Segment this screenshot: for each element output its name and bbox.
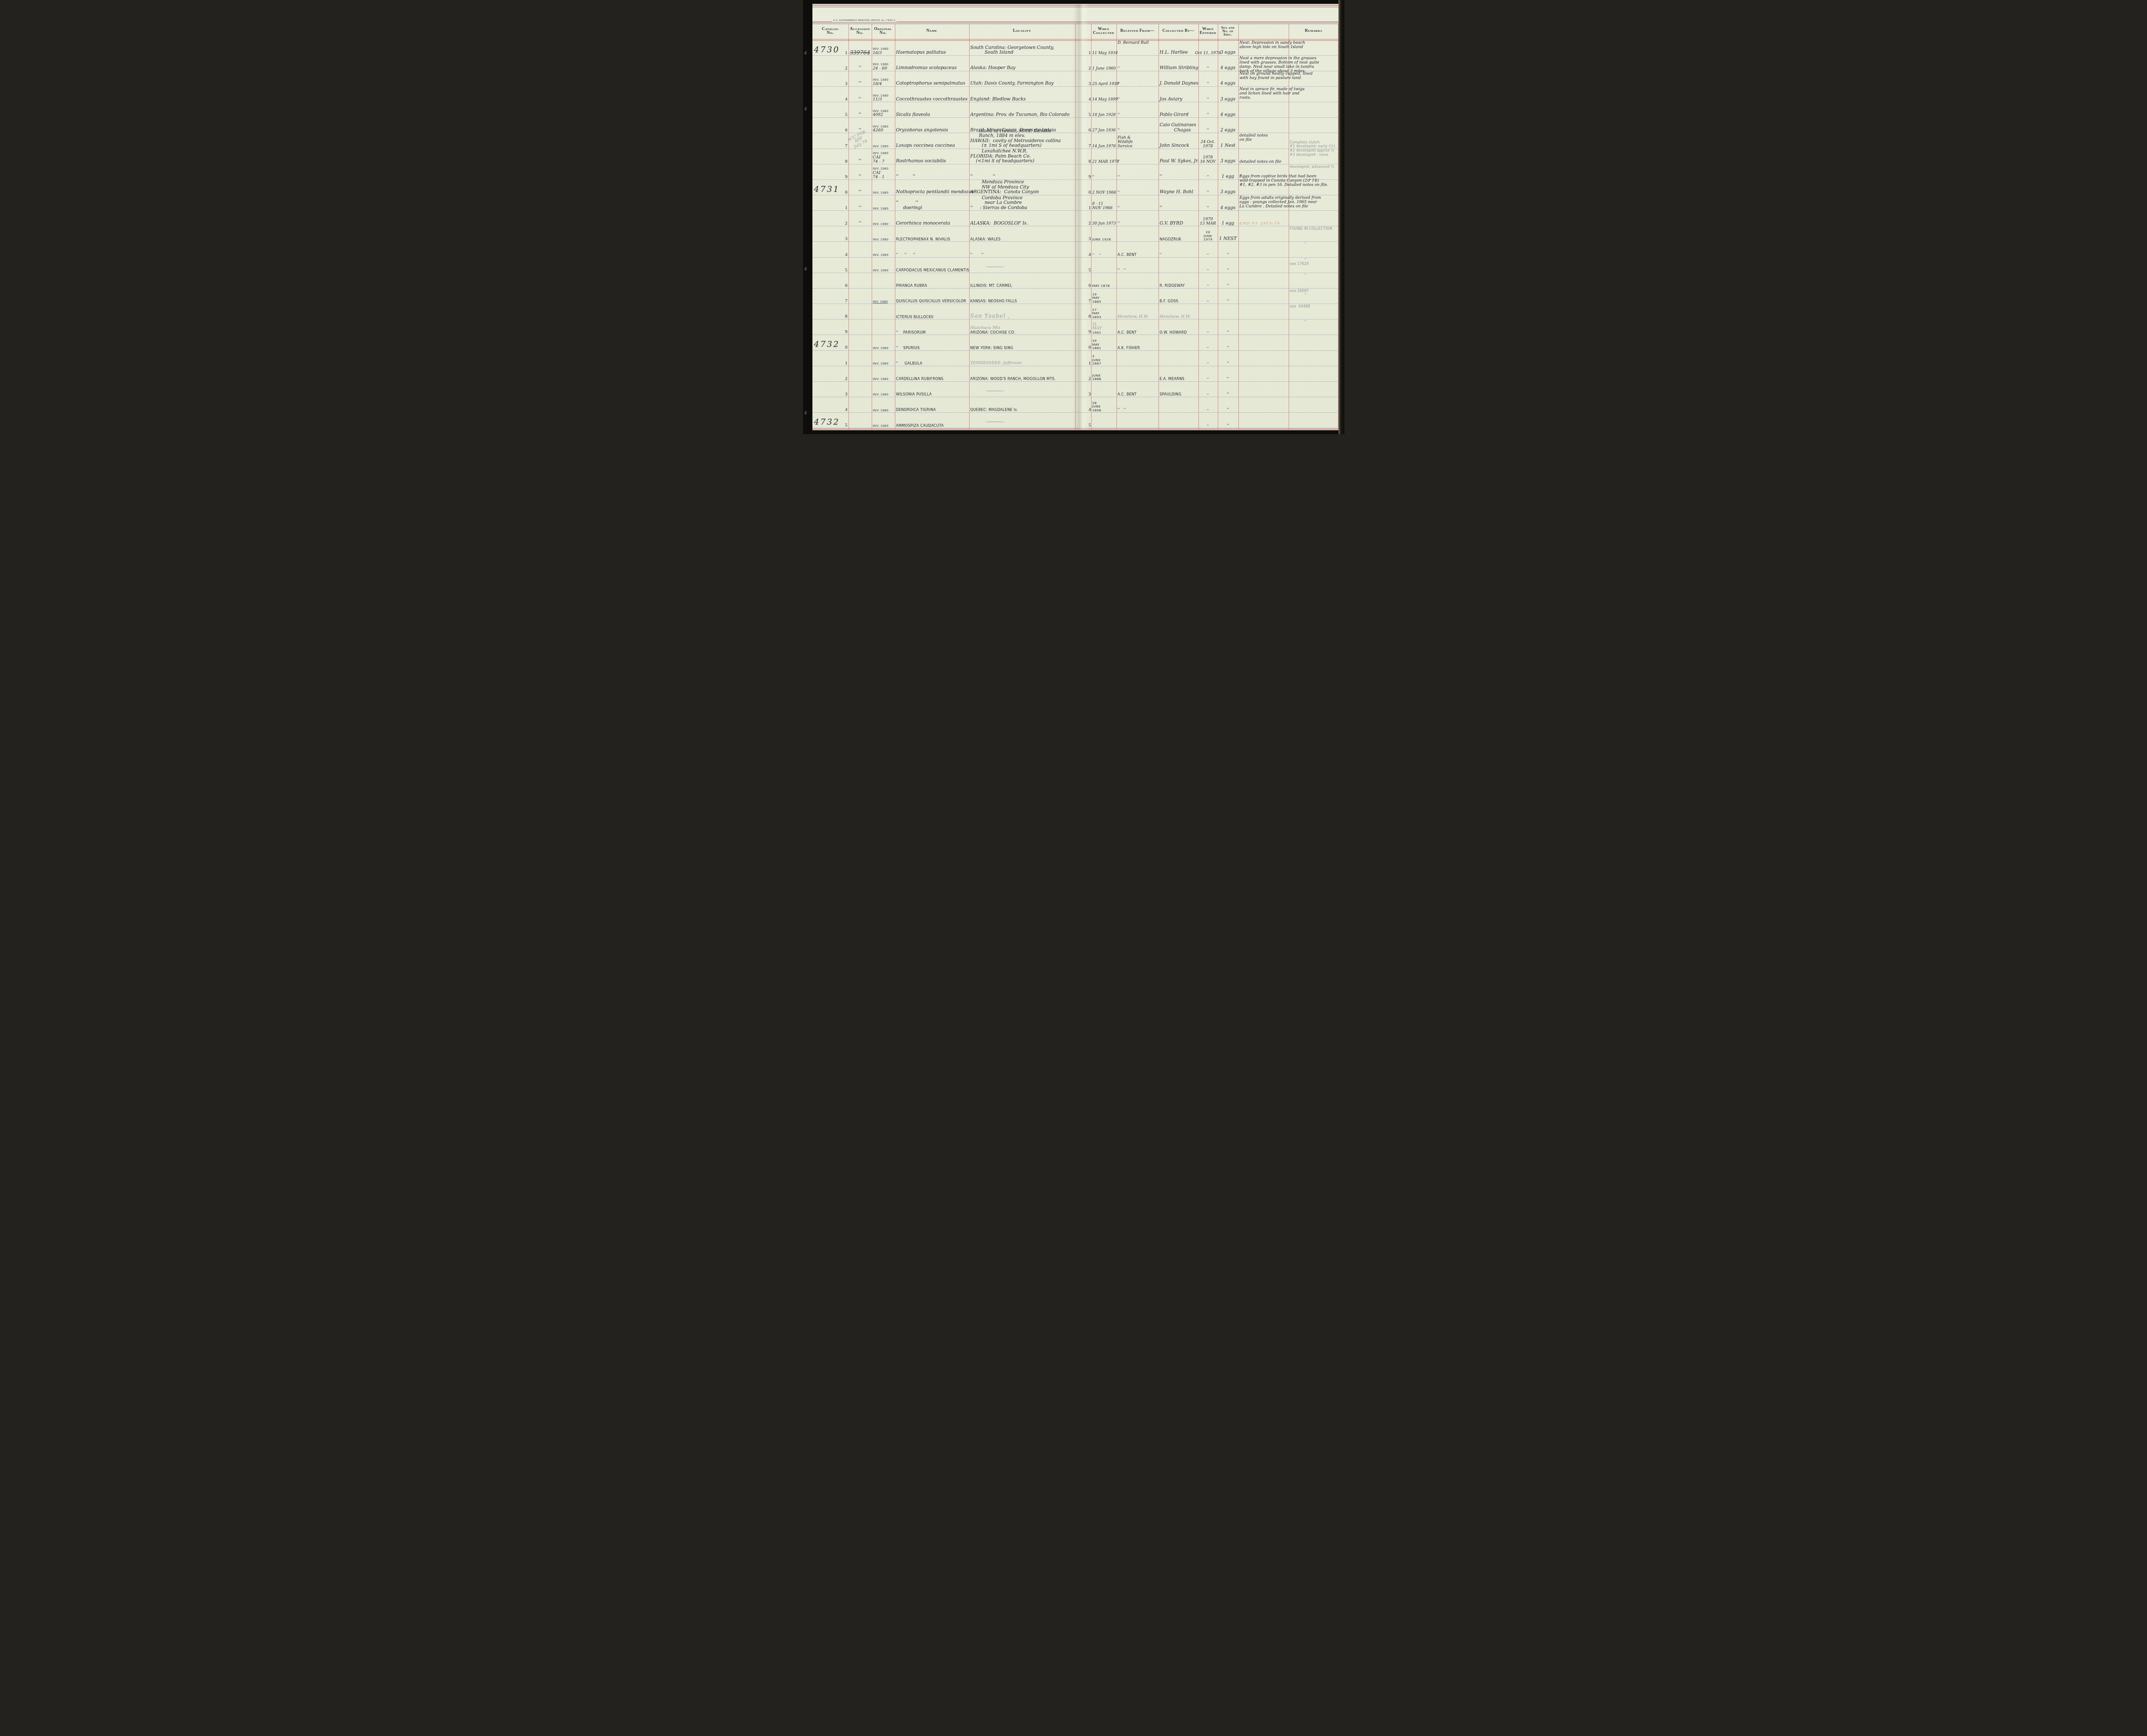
species-name: '' '' — [896, 164, 968, 181]
received-from: '' '' — [1118, 257, 1157, 274]
received-from: A.C. BENT — [1118, 241, 1157, 258]
when-collected: 30 Jun 1973 — [1092, 210, 1115, 227]
column-header-rf: Received From— — [1116, 25, 1159, 38]
row-digit: 4 — [840, 86, 848, 103]
when-entered: '' — [1200, 334, 1216, 351]
species-name: '' '' '' — [896, 241, 968, 258]
accession-no: '' — [850, 55, 870, 72]
locality: ARIZONA: WOOD'S RANCH, MOGOLLON MTS. — [970, 366, 1074, 383]
accession-no: 339764 — [850, 40, 870, 57]
when-collected: 25 April 1959 — [1092, 71, 1115, 88]
row-digit: 4 — [1082, 241, 1091, 258]
collected-by: B.F. GOSS — [1160, 288, 1197, 305]
sex-and-spec: 3 eggs — [1219, 149, 1237, 165]
species-name: Catoptrophorus semipalmatus — [896, 71, 968, 88]
printing-office-line: U.S. GOVERNMENT PRINTING OFFICE 16—73591… — [832, 19, 897, 22]
row-digit: 2 — [1082, 210, 1091, 227]
row-digit: 2 — [840, 55, 848, 72]
when-collected: 11 May 1934 — [1092, 40, 1115, 57]
collected-by: William Stribling — [1160, 55, 1197, 72]
when-entered: '' — [1200, 412, 1216, 429]
collected-by: SPAULDING — [1160, 381, 1197, 398]
when-collected: 3JUNE1887 — [1092, 350, 1115, 367]
when-collected: 29MAY1881 — [1092, 334, 1115, 351]
collected-by: H.L. Harllee — [1160, 40, 1197, 57]
row-digit: 1 — [1082, 350, 1091, 367]
collected-by: Pablo Girard — [1160, 102, 1197, 119]
species-name: '' '' doeringi — [896, 195, 968, 212]
accession-no: '' — [850, 86, 870, 103]
species-name: Rostrhamus sociabilis — [896, 149, 968, 165]
accession-no: '' — [850, 149, 870, 165]
when-collected: 14 Jun 1976 — [1092, 133, 1115, 149]
catalog-number: 4730 — [814, 40, 841, 57]
original-no: INV. 1980 — [873, 334, 894, 351]
sex-and-spec: '' — [1219, 319, 1237, 336]
species-name: Limnodromus scolopaceus — [896, 55, 968, 72]
received-from: '' — [1118, 210, 1157, 227]
page-edge-left — [803, 0, 812, 434]
original-no: INV. 1980 — [873, 226, 894, 243]
original-no: INV. 1980 — [873, 210, 894, 227]
when-entered: '' — [1200, 273, 1216, 289]
row-digit: 7 — [840, 288, 848, 305]
column-header-rm: Remarks — [1289, 25, 1339, 38]
when-entered: '' — [1200, 195, 1216, 212]
locality: ALASKA: BOGOSLOF Is. — [970, 210, 1074, 227]
remarks-margin-note: '' — [1290, 273, 1338, 289]
when-entered: '' — [1200, 164, 1216, 181]
when-collected: '' '' — [1092, 241, 1115, 258]
row-digit: 7 — [1082, 133, 1091, 149]
accession-no: '' — [850, 195, 870, 212]
locality: NEW YORK: SING SING — [970, 334, 1074, 351]
when-collected: JUNE1886 — [1092, 366, 1115, 383]
when-collected: 14 May 1899 — [1092, 86, 1115, 103]
sex-and-spec: '' — [1219, 381, 1237, 398]
margin-scribble: 4 — [804, 50, 807, 56]
species-name: '' GALBULA — [896, 350, 968, 367]
when-entered: '' — [1200, 350, 1216, 367]
column-rule — [1238, 24, 1239, 429]
column-rule — [848, 24, 849, 429]
row-digit: 3 — [1082, 226, 1091, 243]
collected-by: R. RIDGEWAY — [1160, 273, 1197, 289]
row-digit: 8 — [840, 149, 848, 165]
locality: ALASKA: WALES — [970, 226, 1074, 243]
row-digit: 6 — [1082, 117, 1091, 134]
received-from: '' — [1118, 149, 1157, 165]
row-digit: 1 — [1082, 40, 1091, 57]
row-digit: 5 — [1082, 102, 1091, 119]
original-no: INV. 1980 — [873, 133, 894, 149]
sex-and-spec: 3 eggs — [1219, 179, 1237, 196]
row-digit: 2 — [840, 366, 848, 383]
remarks: Eggs from captive birds that had beenwil… — [1240, 173, 1334, 190]
when-collected: 8 - 11NOV 1966 — [1092, 195, 1115, 212]
species-name: AMMOSPIZA CAUDACUTA — [896, 412, 968, 429]
row-digit: 6 — [840, 117, 848, 134]
column-rule — [1338, 24, 1338, 429]
column-header-cat: CatalogNo. — [812, 25, 848, 38]
remarks-margin-note: Complete clutch.#1 developmt: early (½)#… — [1290, 140, 1338, 156]
margin-scribble: 4 — [804, 106, 807, 112]
remarks-margin-note: '' — [1290, 319, 1338, 335]
row-digit: 3 — [840, 381, 848, 398]
row-digit: 4 — [1082, 397, 1091, 413]
when-entered: 197816 NOV — [1200, 149, 1216, 165]
sex-and-spec: 4 eggs — [1219, 71, 1237, 88]
when-collected: 2 NOV 1966 — [1092, 179, 1115, 196]
collected-by: Wayne H. Bohl — [1160, 179, 1197, 196]
original-no: INV. 19804092 — [873, 102, 894, 119]
remarks-margin-note: see 26087 '' — [1290, 288, 1338, 304]
remarks: END FY 1973-79 — [1240, 210, 1334, 227]
accession-no: '' — [850, 210, 870, 227]
when-collected: JUNE 1928 — [1092, 226, 1115, 243]
species-name: QUISCALUS QUISCALUS VERSICOLOR — [896, 288, 968, 305]
row-digit: 1 — [840, 195, 848, 212]
row-digit: 4 — [840, 241, 848, 258]
row-digit: 6 — [840, 273, 848, 289]
when-entered: '' — [1200, 179, 1216, 196]
column-header-loc: Locality — [969, 25, 1075, 38]
received-from: Henshaw, H.W. — [1118, 304, 1157, 320]
row-digit: 3 — [840, 226, 848, 243]
species-name: WILSONIA PUSILLA — [896, 381, 968, 398]
row-digit: 8 — [1082, 149, 1091, 165]
when-entered: '' — [1200, 241, 1216, 258]
row-digit: 2 — [840, 210, 848, 227]
column-rule — [1218, 24, 1218, 429]
locality — [970, 257, 1074, 274]
sex-and-spec: 4 eggs — [1219, 195, 1237, 212]
species-name: PIRANGA RUBRA — [896, 273, 968, 289]
locality: Cordoba Province near La Cumbre'' : Sier… — [970, 195, 1074, 212]
column-rule — [1159, 24, 1159, 429]
when-entered: '' — [1200, 117, 1216, 134]
row-digit: 4 — [840, 397, 848, 413]
when-entered: '' — [1200, 257, 1216, 274]
original-no: INV. 1980 — [873, 350, 894, 367]
page-edge-right — [1338, 0, 1344, 434]
original-no: INV. 1980CAI74 - 1 — [873, 164, 894, 181]
row-digit: 2 — [1082, 366, 1091, 383]
received-from: '' — [1118, 86, 1157, 103]
when-entered: 197913 MAR — [1200, 210, 1216, 227]
row-digit: 5 — [840, 102, 848, 119]
sex-and-spec: 4 eggs — [1219, 55, 1237, 72]
locality: Argentina: Prov. de Tucuman, Rio Colorad… — [970, 102, 1074, 119]
original-no: INV. 198011/3 — [873, 86, 894, 103]
original-no: INV. 1980 — [873, 366, 894, 383]
catalog-number: 4732 — [814, 412, 841, 429]
ledger-page-scan: U.S. GOVERNMENT PRINTING OFFICE 16—73591… — [803, 0, 1344, 434]
collected-by: Caio Guiinaraes Chagas — [1160, 117, 1197, 134]
received-from: Fish &WildlifeService — [1118, 133, 1157, 149]
column-rule — [895, 24, 895, 429]
when-entered: '' — [1200, 71, 1216, 88]
received-from: '' — [1118, 55, 1157, 72]
row-digit: 6 — [1082, 273, 1091, 289]
when-entered: '' — [1200, 86, 1216, 103]
received-from: '' — [1118, 164, 1157, 181]
row-digit: 0 — [1082, 179, 1091, 196]
received-from: A.C. BENT — [1118, 319, 1157, 336]
species-name: Loxops coccinea coccinea — [896, 133, 968, 149]
row-digit: 8 — [1082, 304, 1091, 320]
row-digit: 0 — [1082, 334, 1091, 351]
received-from: '' — [1118, 71, 1157, 88]
when-collected: 27 Jan 1936 — [1092, 117, 1115, 134]
locality: island of Hawaii, 90mE Kahuku Ranch, 188… — [970, 133, 1074, 149]
locality: '' '' — [970, 164, 1074, 181]
original-no: INV. 198024 - 60 — [873, 55, 894, 72]
page-edge-top — [803, 0, 1344, 4]
sex-and-spec: 3 eggs — [1219, 86, 1237, 103]
accession-no: '' — [850, 71, 870, 88]
locality: Utah: Davis County, Farmington Bay — [970, 71, 1074, 88]
sex-and-spec: 1 Nest — [1219, 133, 1237, 149]
row-rule — [812, 319, 1339, 319]
sex-and-spec: '' — [1219, 273, 1237, 289]
row-digit: 0 — [840, 334, 848, 351]
species-name: '' PARISORUM — [896, 319, 968, 336]
species-name: DENDROICA TIGRINA — [896, 397, 968, 413]
row-digit: 7 — [1082, 288, 1091, 305]
when-entered: '' — [1200, 288, 1216, 305]
row-digit: 1 — [840, 40, 848, 57]
received-from: '' — [1118, 117, 1157, 134]
sex-and-spec: '' — [1219, 366, 1237, 383]
locality — [970, 412, 1074, 429]
remarks-margin-note: '' — [1290, 241, 1338, 258]
catalog-number: 4732 — [814, 334, 841, 351]
locality — [970, 381, 1074, 398]
collected-by: '' — [1160, 241, 1197, 258]
row-digit: 5 — [1082, 412, 1091, 429]
original-no: INV. 1980 — [873, 179, 894, 196]
column-rule — [872, 24, 872, 429]
row-digit: 9 — [840, 164, 848, 181]
row-digit: 1 — [1082, 195, 1091, 212]
locality: England: Bledlow Bucks — [970, 86, 1074, 103]
locality: '' '' — [970, 241, 1074, 258]
margin-scribble: 4 — [804, 410, 807, 416]
species-name: CARPODACUS MEXICANUS CLAMENTIS — [896, 257, 968, 274]
received-from: A.C. BENT — [1118, 381, 1157, 398]
locality: Loxahatchee N.W.R.FLORIDA: Palm Beach Co… — [970, 149, 1074, 165]
when-collected: 21 MAR 1974 — [1092, 149, 1115, 165]
received-from: '' — [1118, 195, 1157, 212]
collected-by: John Sincock — [1160, 133, 1197, 149]
sex-and-spec: 4 eggs — [1219, 102, 1237, 119]
column-header-name: Name — [895, 25, 969, 38]
sex-and-spec: '' — [1219, 288, 1237, 305]
sex-and-spec: '' — [1219, 241, 1237, 258]
remarks-margin-note: ''see 17624 — [1290, 257, 1338, 274]
locality: KANSAS: NEOSHO FALLS — [970, 288, 1074, 305]
when-collected: 18 Jan 1928 — [1092, 102, 1115, 119]
column-header-cb: Collected By— — [1159, 25, 1198, 38]
when-entered: 24 Oct.1978 — [1200, 133, 1216, 149]
locality: San Ysabel , — [970, 304, 1074, 320]
locality: Mendoza Province NW of Mendoza CityARGEN… — [970, 179, 1074, 196]
sex-and-spec: 1 egg — [1219, 164, 1237, 181]
original-no: INV. 1980CAI74 - 7 — [873, 149, 894, 165]
row-digit: 0 — [840, 179, 848, 196]
locality: ILLINOIS: MT. CARMEL — [970, 273, 1074, 289]
species-name: Nothoprocta pentlandii mendozae — [896, 179, 968, 196]
collected-by: E.A. MEARNS — [1160, 366, 1197, 383]
original-no: INV. 1980 — [873, 195, 894, 212]
received-from: '' — [1118, 102, 1157, 119]
collected-by: Paul W. Sykes, Jr. — [1160, 149, 1197, 165]
when-collected: '' — [1092, 164, 1115, 181]
row-digit: 4 — [1082, 86, 1091, 103]
row-digit: 3 — [1082, 381, 1091, 398]
collected-by: Jas Aviary — [1160, 86, 1197, 103]
when-collected: 19MAY1865 — [1092, 288, 1115, 305]
species-name: Sicalis flaveola — [896, 102, 968, 119]
collected-by: J. Donald Daynes — [1160, 71, 1197, 88]
when-entered: '' — [1200, 319, 1216, 336]
remarks: Nest on ground neatly cupped, linedwith … — [1240, 71, 1334, 87]
remarks: Nest a mere depression in the grasseslin… — [1240, 55, 1334, 72]
remarks: Eggs from adults originally derived from… — [1240, 195, 1334, 211]
sex-and-spec: 2 eggs — [1219, 117, 1237, 134]
original-no: INV. 1980 — [873, 412, 894, 429]
row-digit: 5 — [1082, 257, 1091, 274]
original-no: INV. 198016/3 — [873, 40, 894, 57]
sex-and-spec: '' — [1219, 257, 1237, 274]
received-from: '' — [1118, 179, 1157, 196]
page-edge-bottom — [803, 430, 1344, 434]
locality: Huachuca MtsARIZONA: COCHISE CO. — [970, 319, 1074, 336]
collected-by: '' — [1160, 164, 1197, 181]
locality: TENNESSEEE: Jefferson — [970, 350, 1074, 367]
collected-by: NAGOZRUK — [1160, 226, 1197, 243]
sex-and-spec: '' — [1219, 350, 1237, 367]
remarks: Nest: Depression in sandy beachabove hig… — [1240, 40, 1334, 56]
species-name: Cerorhinca monocerata — [896, 210, 968, 227]
remarks-margin-note: FOUND IN COLLECTION — [1290, 226, 1338, 242]
margin-scribble: 4 — [804, 266, 807, 272]
when-entered: '' — [1200, 366, 1216, 383]
row-digit: 5 — [840, 412, 848, 429]
when-entered: '' — [1200, 102, 1216, 119]
locality: Alaska: Hooper Bay — [970, 55, 1074, 72]
when-entered: '' — [1200, 55, 1216, 72]
column-header-wc: WhenCollected — [1091, 25, 1116, 38]
when-entered: 20JUNE1979 — [1200, 226, 1216, 243]
species-name: PLECTROPHENAX N. NIVALIS — [896, 226, 968, 243]
column-header-sp: Sex andNo. ofSpec. — [1218, 25, 1238, 38]
when-collected: 27MAY1893 — [1092, 304, 1115, 320]
collected-by: O.W. HOWARD — [1160, 319, 1197, 336]
column-header-orig: OriginalNo. — [872, 25, 895, 38]
original-no: INV. 1980 — [873, 381, 894, 398]
row-digit: 7 — [840, 133, 848, 149]
original-no: INV. 19804260 — [873, 117, 894, 134]
species-name: '' SPURIUS — [896, 334, 968, 351]
collected-by: Henshaw, H.W. — [1160, 304, 1197, 320]
locality: South Carolina: Georgetown County, South… — [970, 40, 1074, 57]
when-entered: '' — [1200, 397, 1216, 413]
row-digit: 9 — [840, 319, 848, 336]
accession-no: '' — [850, 102, 870, 119]
original-no: INV. 1980 — [873, 288, 894, 305]
column-rule — [969, 24, 970, 429]
row-digit: 9 — [1082, 164, 1091, 181]
sex-and-spec: '' — [1219, 334, 1237, 351]
column-rule — [1075, 24, 1076, 429]
column-header-we: WhenEntered — [1198, 25, 1218, 38]
received-from: A.K. FISHER — [1118, 334, 1157, 351]
original-no: INV. 198018/4 — [873, 71, 894, 88]
row-digit: 2 — [1082, 55, 1091, 72]
row-digit: 1 — [840, 350, 848, 367]
locality: QUEBEC: MAGDALENE Is. — [970, 397, 1074, 413]
species-name: Coccothraustes coccothraustes — [896, 86, 968, 103]
row-digit: 9 — [1082, 319, 1091, 336]
when-collected: 31MAY1901 — [1092, 319, 1115, 336]
remarks: Nest in spruce fir, made of twigsand lic… — [1240, 86, 1334, 103]
sex-and-spec: 1 NEST — [1219, 226, 1237, 243]
original-no: INV. 1980 — [873, 257, 894, 274]
received-from: '' '' — [1118, 397, 1157, 413]
species-name: Oryzoborus angolensis — [896, 117, 968, 134]
species-name: ICTERUS BULLOCKII — [896, 304, 968, 320]
received-from: D. Bernard Bull — [1118, 40, 1157, 56]
collected-by: '' — [1160, 195, 1197, 212]
accession-no: '' — [850, 179, 870, 196]
collected-by: G.V. BYRD — [1160, 210, 1197, 227]
when-collected: 1 June 1960 — [1092, 55, 1115, 72]
when-entered: '' — [1200, 381, 1216, 398]
row-digit: 8 — [840, 304, 848, 320]
sex-and-spec: 1 egg — [1219, 210, 1237, 227]
accession-no: '' — [850, 164, 870, 181]
species-name: Haematopus palliatus — [896, 40, 968, 57]
remarks-margin-note: see 44488 — [1290, 304, 1338, 320]
species-name: CARDELLINA RUBIFRONS — [896, 366, 968, 383]
when-entered: Oct 11, 1978 — [1200, 40, 1216, 57]
when-collected: 28JUNE1898 — [1092, 397, 1115, 413]
catalog-number: 4731 — [814, 179, 841, 196]
column-header-acc: AccessionNo. — [848, 25, 872, 38]
row-digit: 5 — [840, 257, 848, 274]
original-no: INV. 1980 — [873, 397, 894, 413]
sex-and-spec: 3 eggs — [1219, 40, 1237, 57]
footer-rule — [812, 429, 1339, 430]
when-collected: MAY 1878 — [1092, 273, 1115, 289]
sex-and-spec: '' — [1219, 412, 1237, 429]
row-digit: 3 — [1082, 71, 1091, 88]
row-digit: 3 — [840, 71, 848, 88]
sex-and-spec: '' — [1219, 397, 1237, 413]
original-no: INV. 1980 — [873, 241, 894, 258]
